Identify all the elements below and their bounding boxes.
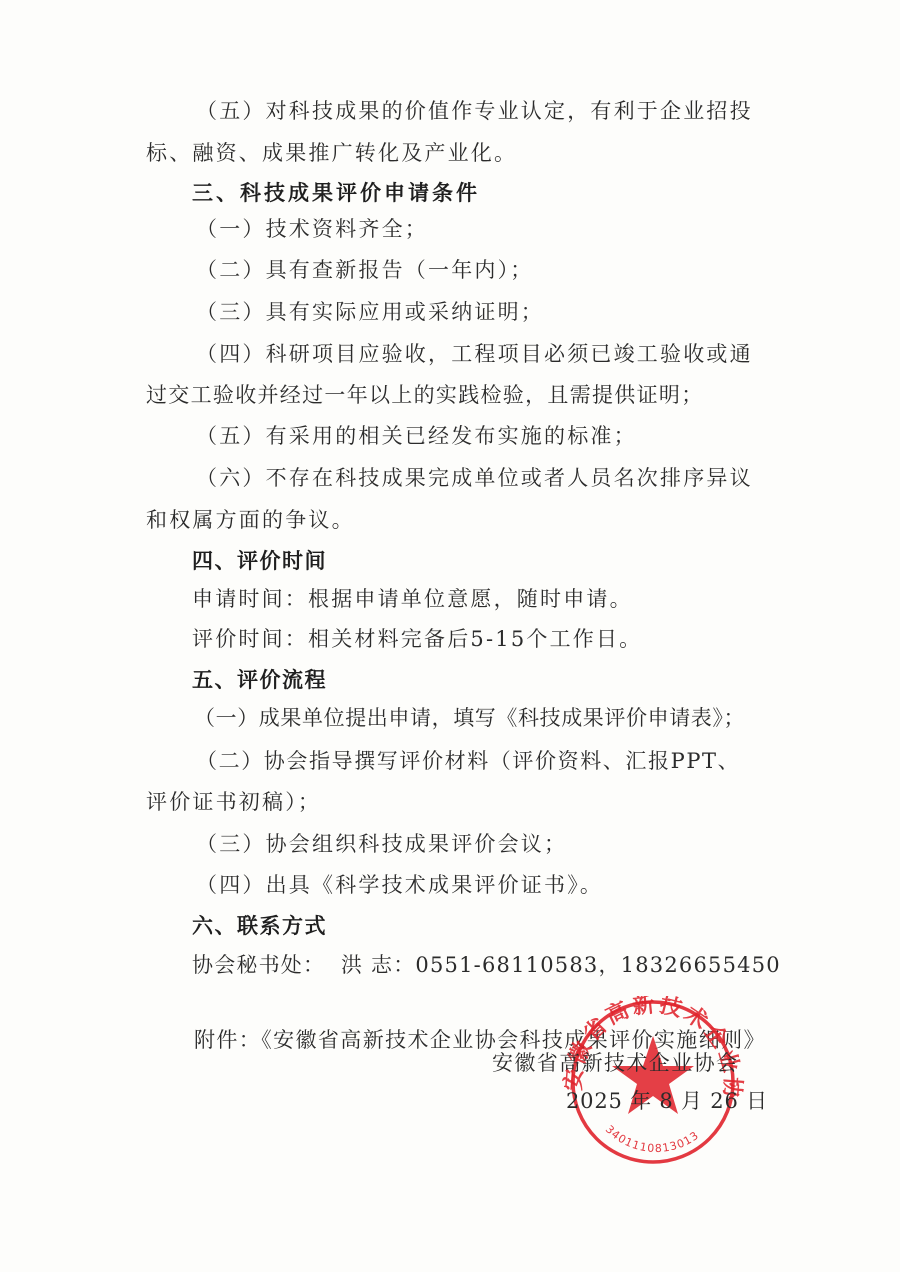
section-heading: 四、评价时间 xyxy=(192,546,327,576)
list-item: 评价证书初稿）； xyxy=(146,787,321,817)
list-item: （五）有采用的相关已经发布实施的标准； xyxy=(196,421,637,451)
official-seal-icon: 安徽省高新技术企业协会 3401110813013 xyxy=(552,996,752,1166)
signature-date: 2025 年 8 月 26 日 xyxy=(566,1086,768,1116)
paragraph-line: （五）对科技成果的价值作专业认定，有利于企业招投 xyxy=(196,96,753,126)
section-heading: 五、评价流程 xyxy=(192,665,327,695)
section-heading: 六、联系方式 xyxy=(192,911,327,941)
list-item: （二）协会指导撰写评价材料（评价资料、汇报PPT、 xyxy=(196,746,740,776)
list-item: （二）具有查新报告（一年内）； xyxy=(196,255,534,285)
list-item: （四）出具《科学技术成果评价证书》。 xyxy=(196,870,603,900)
paragraph-line: 标、融资、成果推广转化及产业化。 xyxy=(146,138,517,168)
svg-text:3401110813013: 3401110813013 xyxy=(603,1123,702,1155)
list-item: （六）不存在科技成果完成单位或者人员名次排序异议 xyxy=(196,463,753,493)
contact-line: 协会秘书处： 洪 志：0551-68110583，18326655450 xyxy=(192,950,781,980)
list-item: 申请时间：根据申请单位意愿，随时申请。 xyxy=(192,584,633,614)
document-page: （五）对科技成果的价值作专业认定，有利于企业招投 标、融资、成果推广转化及产业化… xyxy=(0,0,900,1272)
list-item: 过交工验收并经过一年以上的实践检验，且需提供证明； xyxy=(146,380,704,410)
list-item: （一）成果单位提出申请，填写《科技成果评价申请表》； xyxy=(194,703,745,733)
list-item: （三）具有实际应用或采纳证明； xyxy=(196,297,544,327)
list-item: （三）协会组织科技成果评价会议； xyxy=(196,829,567,859)
list-item: （四）科研项目应验收，工程项目必须已竣工验收或通 xyxy=(196,339,753,369)
signature-organization: 安徽省高新技术企业协会 xyxy=(492,1048,738,1078)
list-item: （一）技术资料齐全； xyxy=(196,214,428,244)
section-heading: 三、科技成果评价申请条件 xyxy=(192,178,480,208)
list-item: 和权属方面的争议。 xyxy=(146,505,355,535)
list-item: 评价时间：相关材料完备后5-15个工作日。 xyxy=(192,624,642,654)
